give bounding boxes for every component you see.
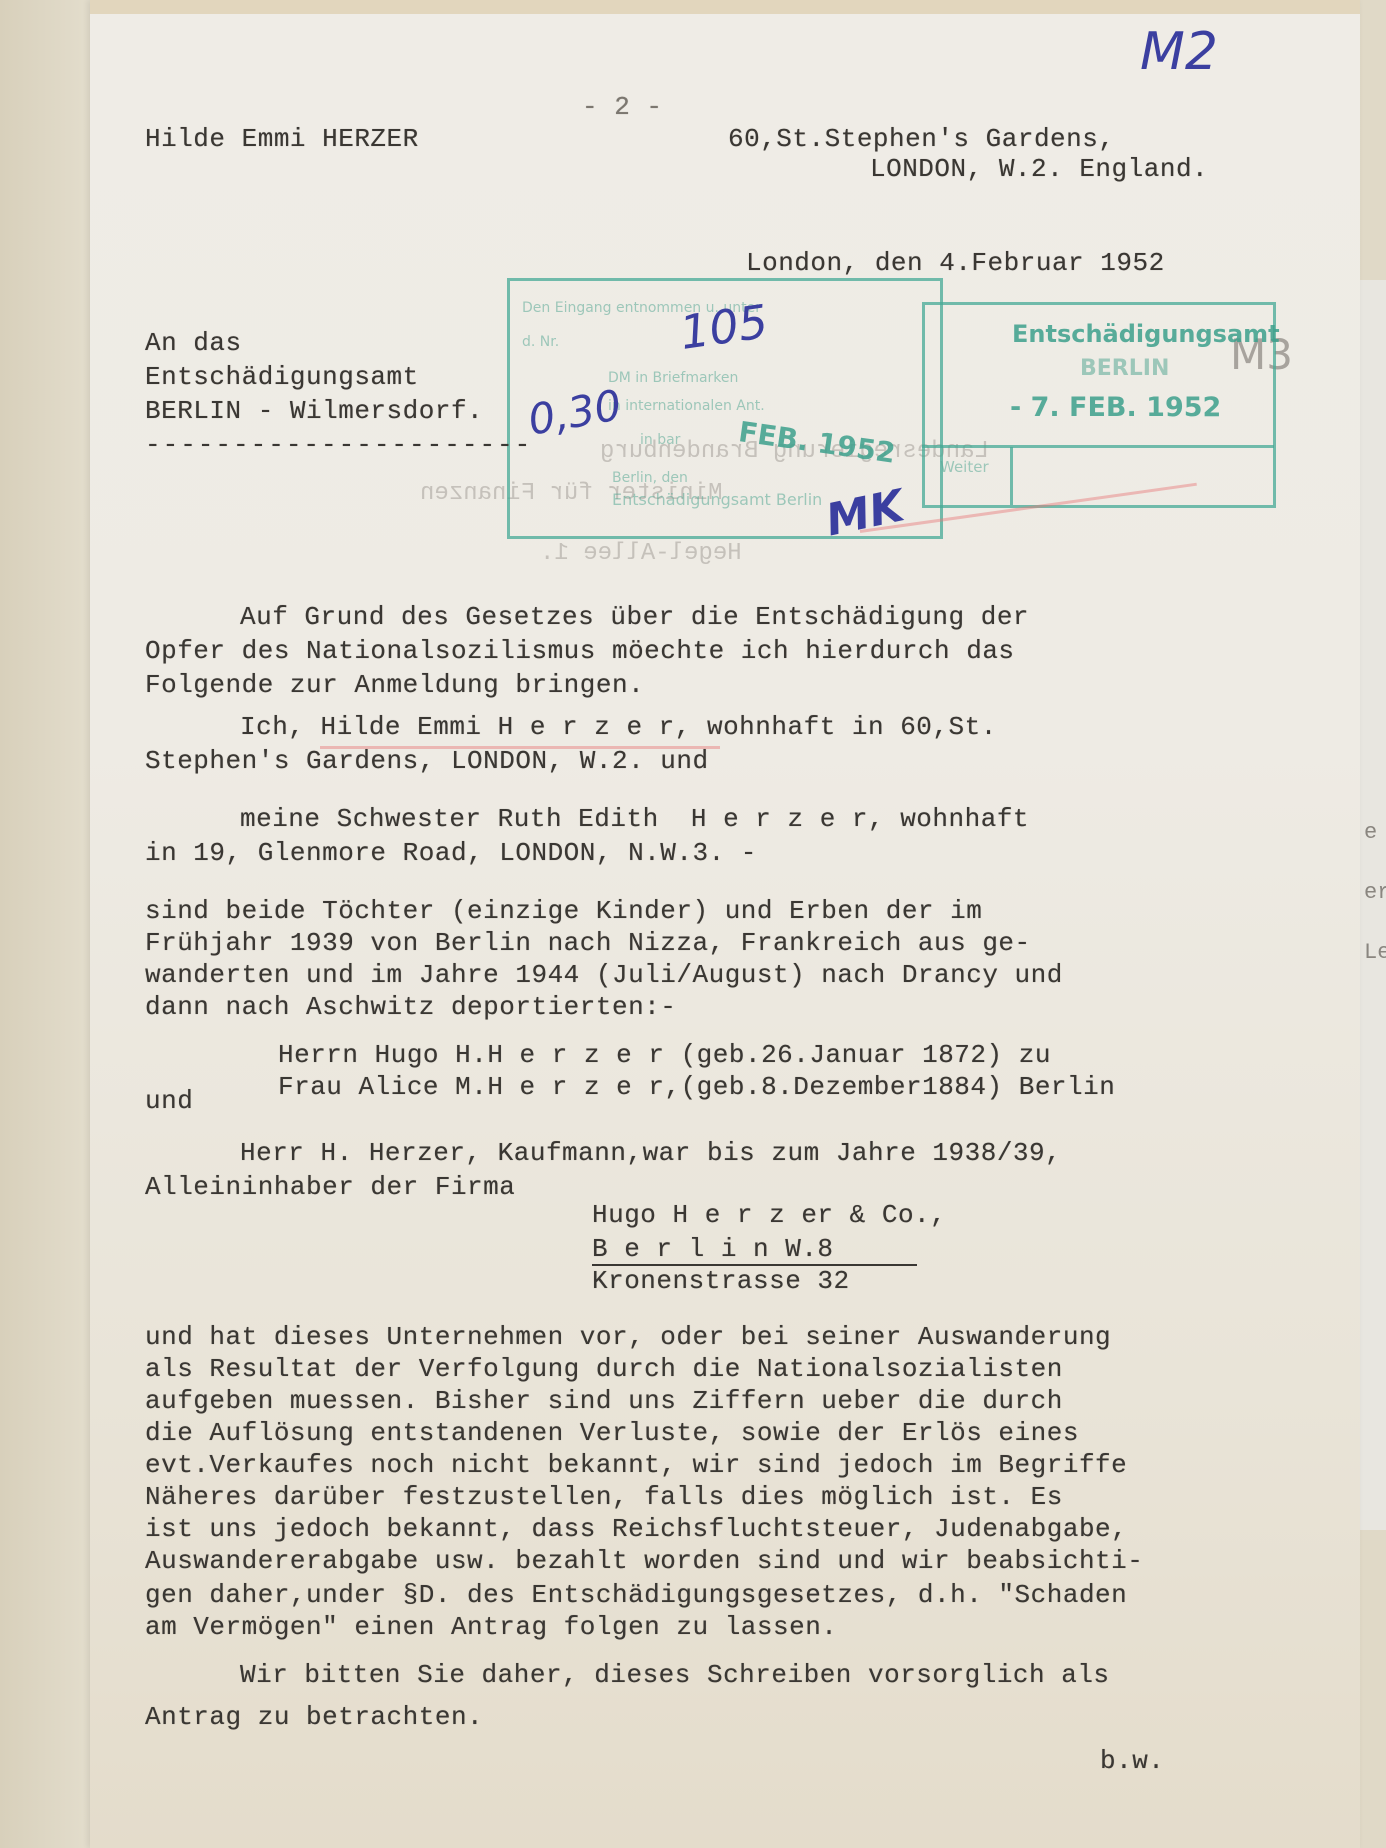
stamp-text: DM in Briefmarken [608,370,738,386]
firm-city: B e r l i n W.8 [592,1234,834,1264]
body-line: meine Schwester Ruth Edith H e r z e r, … [240,804,1029,834]
page-number: - 2 - [582,92,663,122]
body-line: als Resultat der Verfolgung durch die Na… [145,1354,1063,1384]
body-line: Ich, Hilde Emmi H e r z e r, wohnhaft in… [240,712,997,742]
stamp-text: d. Nr. [522,334,559,350]
fragment-text: e [1364,820,1377,845]
body-line: Opfer des Nationalsozilismus möechte ich… [145,636,1015,666]
body-line: evt.Verkaufes noch nicht bekannt, wir si… [145,1450,1127,1480]
archive-mark: M2 [1140,22,1218,82]
stamp-divider [922,445,1274,448]
body-line: Wir bitten Sie daher, dieses Schreiben v… [240,1660,1110,1690]
body-line: sind beide Töchter (einzige Kinder) und … [145,896,982,926]
stamp-text: Berlin, den [612,470,688,486]
body-line: aufgeben muessen. Bisher sind uns Ziffer… [145,1386,1063,1416]
closing-mark: b.w. [1100,1746,1164,1776]
stamp-text: Entschädigungsamt Berlin [612,490,822,509]
body-line: Herr H. Herzer, Kaufmann,war bis zum Jah… [240,1138,1061,1168]
sender-name: Hilde Emmi HERZER [145,124,419,154]
body-line: Antrag zu betrachten. [145,1702,483,1732]
body-line: am Vermögen" einen Antrag folgen zu lass… [145,1612,837,1642]
conjunction: und [145,1086,193,1116]
body-line: wanderten und im Jahre 1944 (Juli/August… [145,960,1063,990]
father-line: Herrn Hugo H.H e r z e r (geb.26.Januar … [278,1040,1051,1070]
body-line: Alleininhaber der Firma [145,1172,515,1202]
stamp-text: in internationalen Ant. [608,398,765,414]
body-line: Auf Grund des Gesetzes über die Entschäd… [240,602,1029,632]
firm-name: Hugo H e r z er & Co., [592,1200,946,1230]
body-line: Näheres darüber festzustellen, falls die… [145,1482,1063,1512]
fragment-text: er [1364,880,1386,905]
body-line: ist uns jedoch bekannt, dass Reichsfluch… [145,1514,1127,1544]
bleed-through-text: Hegel-Allee 1. [540,540,742,567]
stamp-cell-label: Weiter [940,458,989,476]
fragment-text: Le [1364,940,1386,965]
recipient-line1: An das [145,328,242,358]
adjacent-sheet: e er Le [1360,280,1386,1530]
page-top-edge [90,0,1360,14]
body-line: und hat dieses Unternehmen vor, oder bei… [145,1322,1111,1352]
sender-address-line2: LONDON, W.2. England. [870,154,1208,184]
date-line: London, den 4.Februar 1952 [746,248,1165,278]
body-line: die Auflösung entstandenen Verluste, sow… [145,1418,1079,1448]
stamp-office-title: Entschädigungsamt [1012,320,1280,348]
body-line: Folgende zur Anmeldung bringen. [145,670,644,700]
mother-line: Frau Alice M.H e r z e r,(geb.8.Dezember… [278,1072,1115,1102]
recipient-rule: ---------------------- [145,430,532,460]
stamp-office-date: - 7. FEB. 1952 [1010,392,1221,423]
stamp-divider [1010,447,1013,505]
body-line: Frühjahr 1939 von Berlin nach Nizza, Fra… [145,928,1031,958]
recipient-city: BERLIN - Wilmersdorf. [145,396,483,426]
body-line: dann nach Aschwitz deportierten:- [145,992,676,1022]
body-line: in 19, Glenmore Road, LONDON, N.W.3. - [145,838,757,868]
sender-address-line1: 60,St.Stephen's Gardens, [728,124,1114,154]
stamp-text: in bar [640,432,680,448]
body-line: Stephen's Gardens, LONDON, W.2. und [145,746,709,776]
body-line: gen daher,under §D. des Entschädigungsge… [145,1580,1127,1610]
firm-street: Kronenstrasse 32 [592,1266,850,1296]
recipient-office: Entschädigungsamt [145,362,419,392]
body-line: Auswandererabgabe usw. bezahlt worden si… [145,1546,1143,1576]
stamp-office-city: BERLIN [1080,356,1169,381]
